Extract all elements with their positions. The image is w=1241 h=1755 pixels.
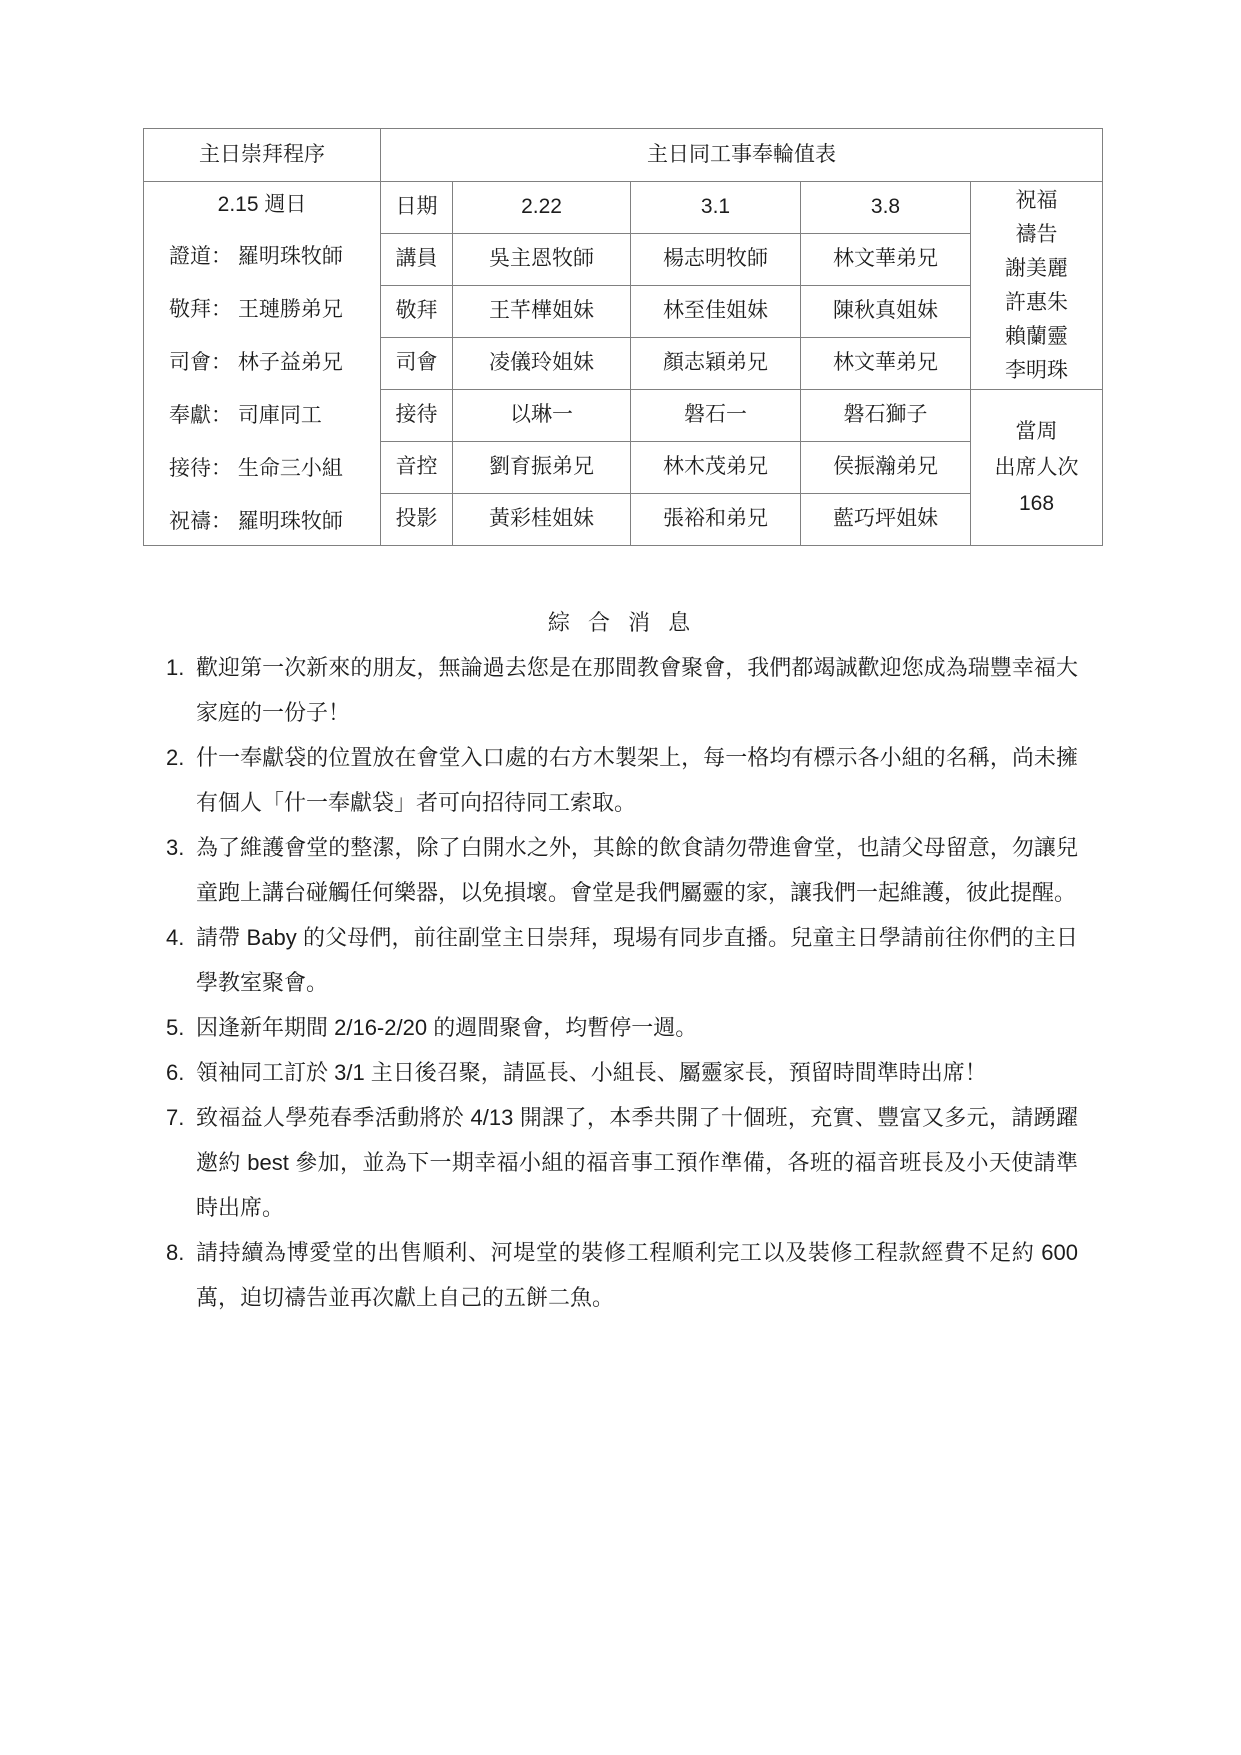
row-label-worship: 敬拜 (381, 286, 453, 338)
program-date: 2.15 週日 (144, 192, 380, 218)
roster-cell: 林文華弟兄 (801, 338, 971, 390)
blessing-line: 李明珠 (971, 354, 1102, 388)
program-line: 敬拜： 王璉勝弟兄 (144, 297, 380, 323)
roster-cell: 以琳一 (453, 390, 631, 442)
blessing-prayer-cell: 祝福 禱告 謝美麗 許惠朱 賴蘭靈 李明珠 (971, 182, 1103, 390)
announcements-section: 綜 合 消 息 1. 歡迎第一次新來的朋友，無論過去您是在那間教會聚會，我們都竭… (166, 600, 1078, 1320)
item-text: 致福益人學苑春季活動將於 4/13 開課了，本季共開了十個班，充實、豐富又多元，… (196, 1095, 1078, 1230)
roster-cell: 楊志明牧師 (631, 234, 801, 286)
row-label-date: 日期 (381, 182, 453, 234)
item-text: 為了維護會堂的整潔，除了白開水之外，其餘的飲食請勿帶進會堂，也請父母留意，勿讓兒… (196, 825, 1078, 915)
blessing-line: 謝美麗 (971, 252, 1102, 286)
bulletin-page: 主日崇拜程序 主日同工事奉輪值表 2.15 週日 證道： 羅明珠牧師 敬拜： 王… (0, 0, 1241, 1755)
item-number: 5. (166, 1005, 196, 1050)
item-text: 什一奉獻袋的位置放在會堂入口處的右方木製架上，每一格均有標示各小組的名稱，尚未擁… (196, 735, 1078, 825)
announcement-item: 5. 因逢新年期間 2/16-2/20 的週間聚會，均暫停一週。 (166, 1005, 1078, 1050)
roster-cell: 張裕和弟兄 (631, 494, 801, 546)
roster-cell: 林木茂弟兄 (631, 442, 801, 494)
roster-cell: 凌儀玲姐妹 (453, 338, 631, 390)
roster-cell: 劉育振弟兄 (453, 442, 631, 494)
item-number: 7. (166, 1095, 196, 1140)
item-number: 8. (166, 1230, 196, 1275)
announcement-item: 6. 領袖同工訂於 3/1 主日後召聚，請區長、小組長、屬靈家長，預留時間準時出… (166, 1050, 1078, 1095)
row-label-audio: 音控 (381, 442, 453, 494)
roster-cell: 林文華弟兄 (801, 234, 971, 286)
item-number: 3. (166, 825, 196, 870)
program-line: 奉獻： 司庫同工 (144, 403, 380, 429)
roster-cell: 吳主恩牧師 (453, 234, 631, 286)
duty-roster-header: 主日同工事奉輪值表 (381, 129, 1103, 182)
worship-program-header: 主日崇拜程序 (144, 129, 381, 182)
item-number: 4. (166, 915, 196, 960)
roster-cell: 磐石獅子 (801, 390, 971, 442)
row-label-projection: 投影 (381, 494, 453, 546)
item-text: 因逢新年期間 2/16-2/20 的週間聚會，均暫停一週。 (196, 1005, 1078, 1050)
row-label-reception: 接待 (381, 390, 453, 442)
worship-program-cell: 2.15 週日 證道： 羅明珠牧師 敬拜： 王璉勝弟兄 司會： 林子益弟兄 奉獻… (144, 182, 381, 546)
worship-program: 2.15 週日 證道： 羅明珠牧師 敬拜： 王璉勝弟兄 司會： 林子益弟兄 奉獻… (144, 184, 380, 544)
roster-cell: 顏志穎弟兄 (631, 338, 801, 390)
blessing-line: 祝福 (971, 184, 1102, 218)
announcement-item: 2. 什一奉獻袋的位置放在會堂入口處的右方木製架上，每一格均有標示各小組的名稱，… (166, 735, 1078, 825)
attendance-line: 當周 (971, 414, 1102, 450)
announcement-item: 1. 歡迎第一次新來的朋友，無論過去您是在那間教會聚會，我們都竭誠歡迎您成為瑞豐… (166, 645, 1078, 735)
program-line: 證道： 羅明珠牧師 (144, 244, 380, 270)
row-label-chair: 司會 (381, 338, 453, 390)
announcement-item: 4. 請帶 Baby 的父母們，前往副堂主日崇拜，現場有同步直播。兒童主日學請前… (166, 915, 1078, 1005)
item-text: 請持續為博愛堂的出售順利、河堤堂的裝修工程順利完工以及裝修工程款經費不足約 60… (196, 1230, 1078, 1320)
blessing-line: 許惠朱 (971, 286, 1102, 320)
attendance-cell: 當周 出席人次 168 (971, 390, 1103, 546)
announcements-title: 綜 合 消 息 (166, 600, 1078, 645)
announcement-item: 7. 致福益人學苑春季活動將於 4/13 開課了，本季共開了十個班，充實、豐富又… (166, 1095, 1078, 1230)
roster-cell: 黃彩桂姐妹 (453, 494, 631, 546)
roster-cell: 3.1 (631, 182, 801, 234)
program-line: 祝禱： 羅明珠牧師 (144, 509, 380, 535)
roster-cell: 林至佳姐妹 (631, 286, 801, 338)
program-line: 接待： 生命三小組 (144, 456, 380, 482)
item-text: 領袖同工訂於 3/1 主日後召聚，請區長、小組長、屬靈家長，預留時間準時出席！ (196, 1050, 1078, 1095)
item-number: 1. (166, 645, 196, 690)
roster-cell: 侯振瀚弟兄 (801, 442, 971, 494)
item-number: 6. (166, 1050, 196, 1095)
attendance-count: 168 (971, 486, 1102, 522)
duty-roster-table: 主日崇拜程序 主日同工事奉輪值表 2.15 週日 證道： 羅明珠牧師 敬拜： 王… (143, 128, 1103, 546)
announcement-item: 8. 請持續為博愛堂的出售順利、河堤堂的裝修工程順利完工以及裝修工程款經費不足約… (166, 1230, 1078, 1320)
announcement-item: 3. 為了維護會堂的整潔，除了白開水之外，其餘的飲食請勿帶進會堂，也請父母留意，… (166, 825, 1078, 915)
roster-cell: 陳秋真姐妹 (801, 286, 971, 338)
roster-cell: 2.22 (453, 182, 631, 234)
attendance-line: 出席人次 (971, 450, 1102, 486)
row-label-speaker: 講員 (381, 234, 453, 286)
roster-cell: 3.8 (801, 182, 971, 234)
item-number: 2. (166, 735, 196, 780)
roster-cell: 王芊樺姐妹 (453, 286, 631, 338)
program-line: 司會： 林子益弟兄 (144, 350, 380, 376)
item-text: 請帶 Baby 的父母們，前往副堂主日崇拜，現場有同步直播。兒童主日學請前往你們… (196, 915, 1078, 1005)
roster-cell: 磐石一 (631, 390, 801, 442)
blessing-line: 禱告 (971, 218, 1102, 252)
roster-cell: 藍巧坪姐妹 (801, 494, 971, 546)
blessing-line: 賴蘭靈 (971, 320, 1102, 354)
item-text: 歡迎第一次新來的朋友，無論過去您是在那間教會聚會，我們都竭誠歡迎您成為瑞豐幸福大… (196, 645, 1078, 735)
